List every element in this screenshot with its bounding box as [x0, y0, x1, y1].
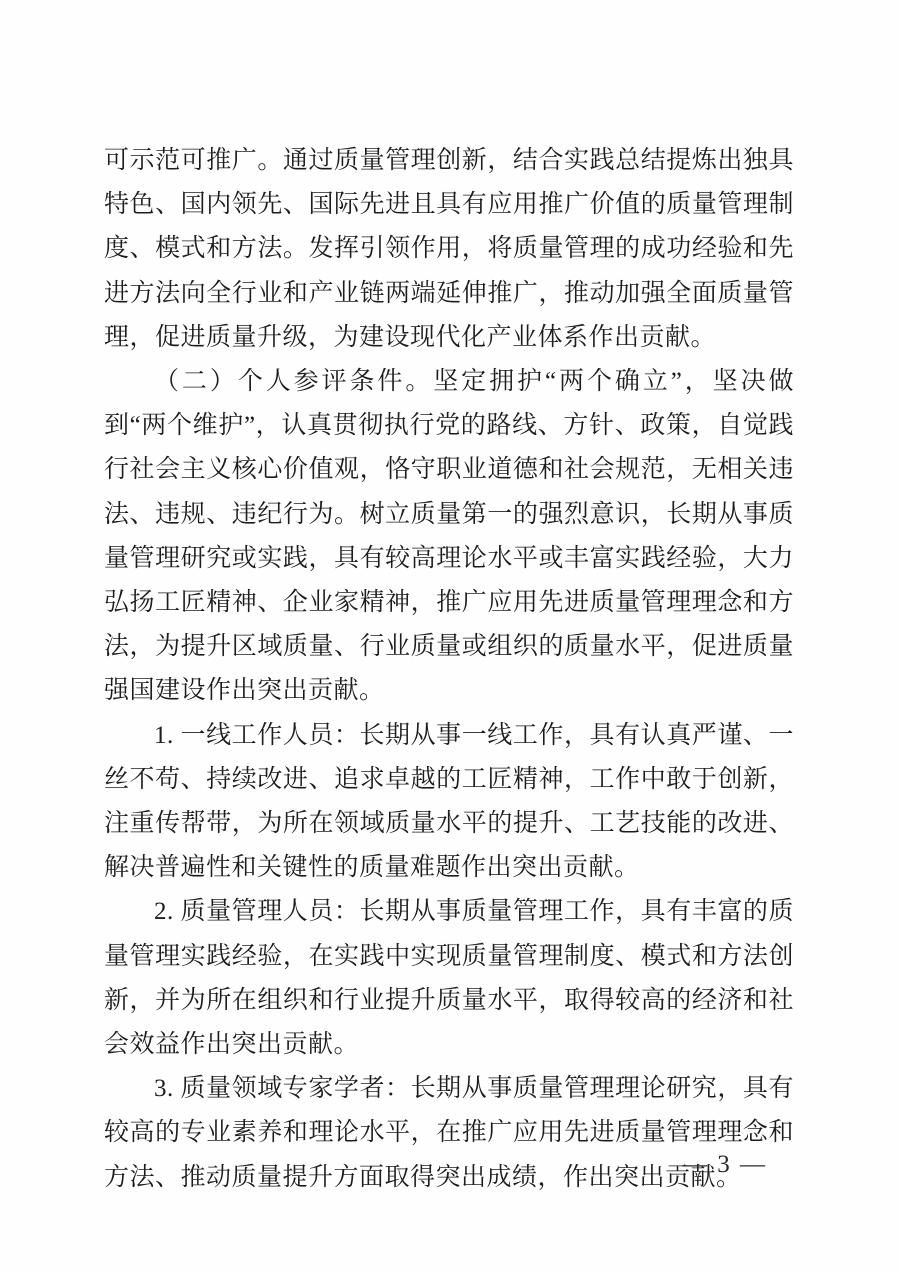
paragraph-section-2-individual-criteria: （二）个人参评条件。坚定拥护“两个确立”，坚决做到“两个维护”，认真贯彻执行党的… [104, 360, 794, 714]
document-body: 可示范可推广。通过质量管理创新，结合实践总结提炼出独具特色、国内领先、国际先进且… [104, 139, 794, 1200]
page-number: — 3 — [682, 1150, 767, 1180]
paragraph-item-2-quality-managers: 2. 质量管理人员：长期从事质量管理工作，具有丰富的质量管理实践经验，在实践中实… [104, 890, 794, 1067]
paragraph-continuation: 可示范可推广。通过质量管理创新，结合实践总结提炼出独具特色、国内领先、国际先进且… [104, 139, 794, 360]
paragraph-item-1-frontline-workers: 1. 一线工作人员：长期从事一线工作，具有认真严谨、一丝不苟、持续改进、追求卓越… [104, 714, 794, 891]
document-page: 可示范可推广。通过质量管理创新，结合实践总结提炼出独具特色、国内领先、国际先进且… [0, 0, 900, 1273]
